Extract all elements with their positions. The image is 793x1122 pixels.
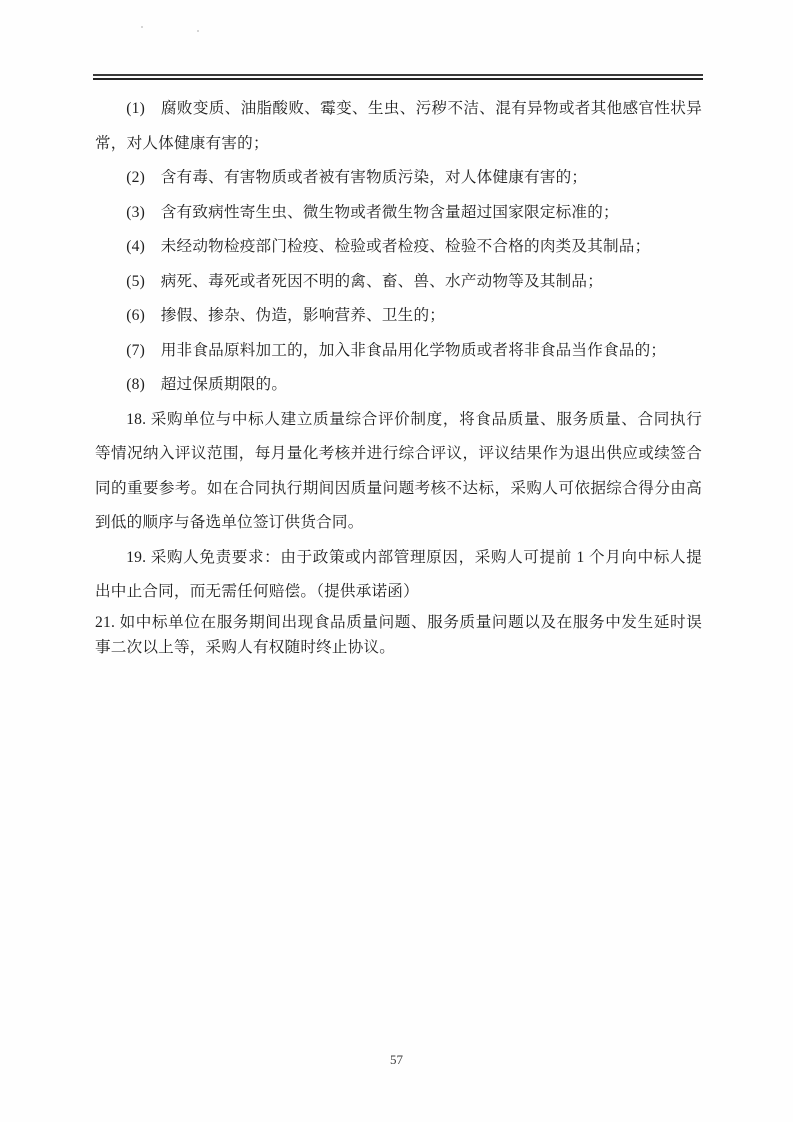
scan-speck xyxy=(141,26,143,28)
paragraph-18: 18. 采购单位与中标人建立质量综合评价制度，将食品质量、服务质量、合同执行等情… xyxy=(95,403,702,541)
document-page: (1) 腐败变质、油脂酸败、霉变、生虫、污秽不洁、混有异物或者其他感官性状异常，… xyxy=(0,0,793,1122)
paragraph-21: 21. 如中标单位在服务期间出现食品质量问题、服务质量问题以及在服务中发生延时误… xyxy=(95,610,702,660)
list-item-1: (1) 腐败变质、油脂酸败、霉变、生虫、污秽不洁、混有异物或者其他感官性状异常，… xyxy=(95,92,702,161)
list-item-7: (7) 用非食品原料加工的，加入非食品用化学物质或者将非食品当作食品的； xyxy=(95,334,702,369)
page-content: (1) 腐败变质、油脂酸败、霉变、生虫、污秽不洁、混有异物或者其他感官性状异常，… xyxy=(95,92,702,660)
list-item-5: (5) 病死、毒死或者死因不明的禽、畜、兽、水产动物等及其制品； xyxy=(95,265,702,300)
list-item-6: (6) 掺假、掺杂、伪造，影响营养、卫生的； xyxy=(95,299,702,334)
paragraph-19: 19. 采购人免责要求：由于政策或内部管理原因，采购人可提前 1 个月向中标人提… xyxy=(95,541,702,610)
list-item-3: (3) 含有致病性寄生虫、微生物或者微生物含量超过国家限定标准的； xyxy=(95,196,702,231)
list-item-8: (8) 超过保质期限的。 xyxy=(95,368,702,403)
page-number: 57 xyxy=(0,1050,793,1070)
list-item-2: (2) 含有毒、有害物质或者被有害物质污染，对人体健康有害的； xyxy=(95,161,702,196)
scan-speck xyxy=(197,30,199,32)
list-item-4: (4) 未经动物检疫部门检疫、检验或者检疫、检验不合格的肉类及其制品； xyxy=(95,230,702,265)
header-double-rule xyxy=(93,74,703,80)
